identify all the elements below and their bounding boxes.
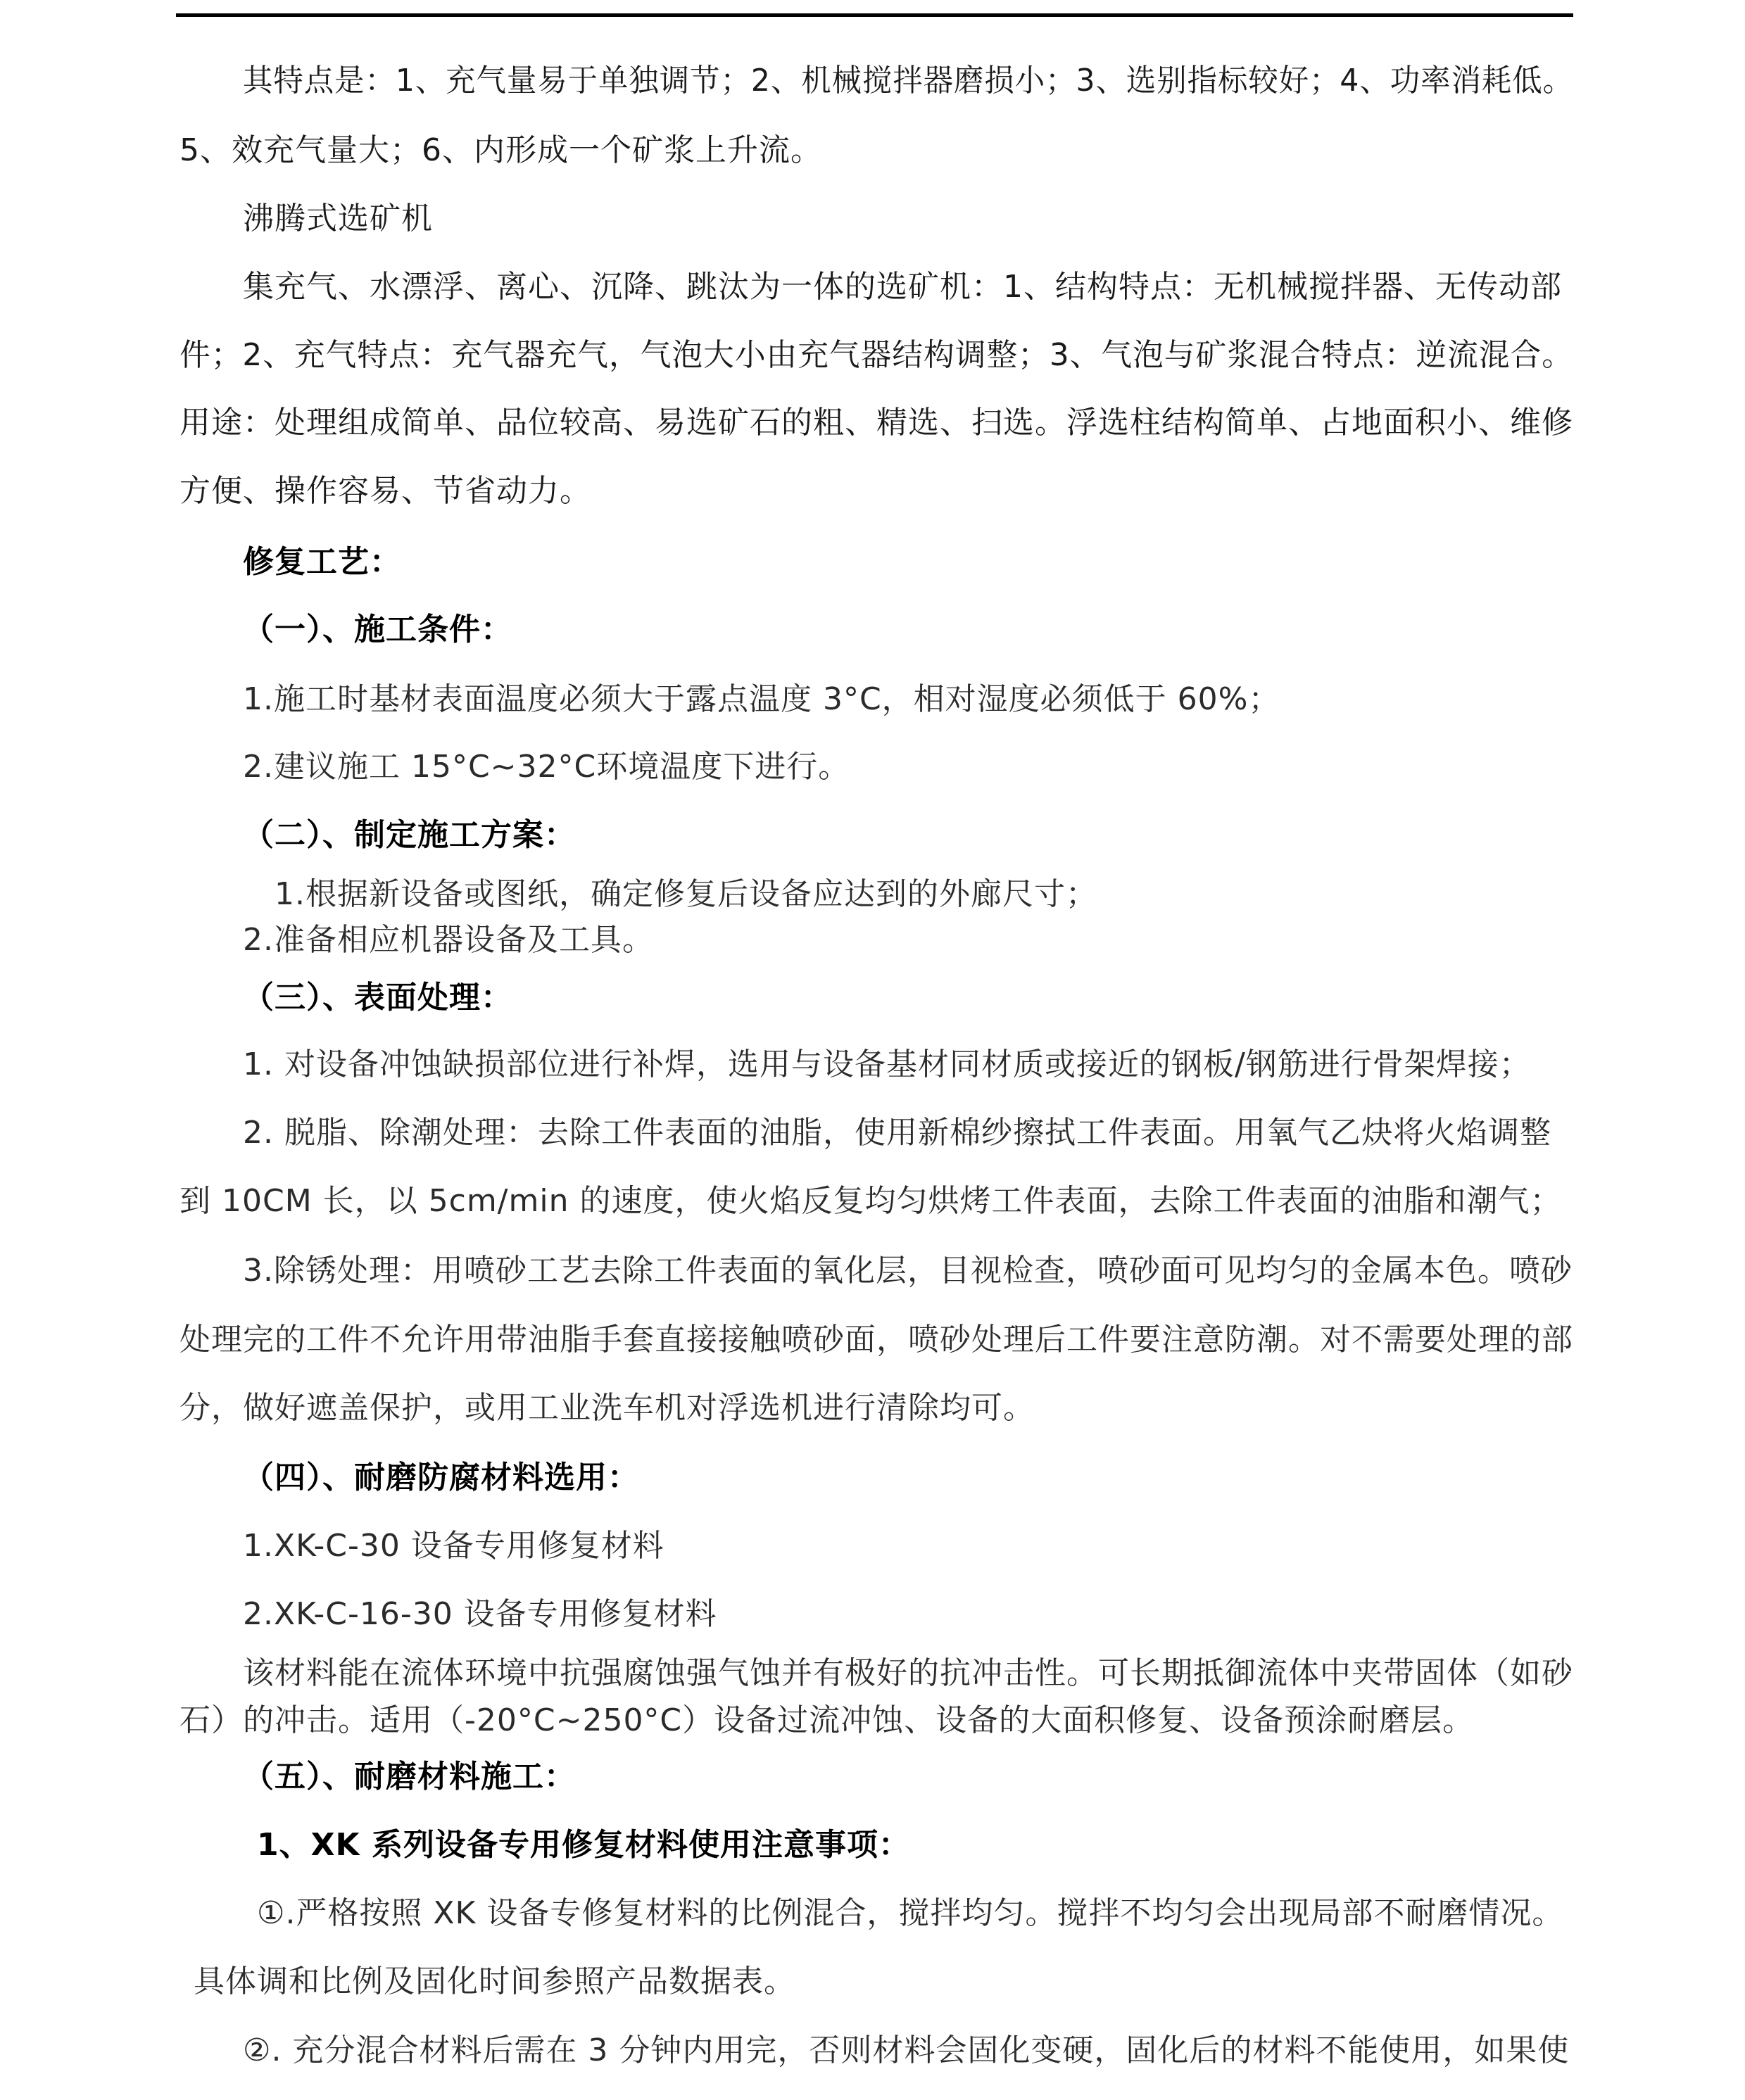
header-rule (176, 13, 1573, 17)
paragraph-machine-desc-2: 件；2、充气特点：充气器充气，气泡大小由充气器结构调整；3、气泡与矿浆混合特点：… (179, 336, 1573, 375)
subheading-precautions: 1、XK 系列设备专用修复材料使用注意事项： (257, 1826, 910, 1865)
paragraph-usage-cont: 方便、操作容易、节省动力。 (179, 472, 591, 511)
list-item-3-1: 1. 对设备冲蚀缺损部位进行补焊，选用与设备基材同材质或接近的钢板/钢筋进行骨架… (243, 1045, 1531, 1084)
heading-section-4: （四）、耐磨防腐材料选用： (243, 1458, 639, 1498)
heading-section-1: （一）、施工条件： (243, 610, 512, 650)
precaution-item-1: ①.严格按照 XK 设备专修复材料的比例混合，搅拌均匀。搅拌不均匀会出现局部不耐… (257, 1894, 1563, 1933)
list-item-1-1: 1.施工时基材表面温度必须大于露点温度 3°C，相对湿度必须低于 60%； (243, 680, 1280, 719)
paragraph-features-cont: 5、效充气量大；6、内形成一个矿浆上升流。 (179, 131, 822, 170)
subheading-boiling-flotation: 沸腾式选矿机 (243, 199, 433, 239)
list-item-4-1: 1.XK-C-30 设备专用修复材料 (243, 1526, 664, 1566)
paragraph-material-desc: 该材料能在流体环境中抗强腐蚀强气蚀并有极好的抗冲击性。可长期抵御流体中夹带固体（… (243, 1654, 1573, 1693)
list-item-4-2: 2.XK-C-16-30 设备专用修复材料 (243, 1595, 717, 1634)
list-item-2-2: 2.准备相应机器设备及工具。 (243, 921, 654, 960)
heading-section-2: （二）、制定施工方案： (243, 816, 576, 855)
list-item-1-2: 2.建议施工 15°C~32°C环境温度下进行。 (243, 747, 850, 787)
list-item-2-1: 1.根据新设备或图纸，确定修复后设备应达到的外廊尺寸； (275, 875, 1097, 914)
list-item-3-3: 3.除锈处理：用喷砂工艺去除工件表面的氧化层，目视检查，喷砂面可见均匀的金属本色… (243, 1251, 1573, 1291)
paragraph-usage: 用途：处理组成简单、品位较高、易选矿石的粗、精选、扫选。浮选柱结构简单、占地面积… (179, 403, 1573, 443)
heading-section-5: （五）、耐磨材料施工： (243, 1757, 576, 1797)
list-item-3-3-cont-2: 分，做好遮盖保护，或用工业洗车机对浮选机进行清除均可。 (179, 1389, 1035, 1428)
paragraph-material-desc-cont: 石）的冲击。适用（-20°C~250°C）设备过流冲蚀、设备的大面积修复、设备预… (179, 1701, 1474, 1740)
heading-repair-process: 修复工艺： (243, 543, 401, 582)
list-item-3-2-cont: 到 10CM 长，以 5cm/min 的速度，使火焰反复均匀烘烤工件表面，去除工… (179, 1182, 1561, 1221)
list-item-3-3-cont: 处理完的工件不允许用带油脂手套直接接触喷砂面，喷砂处理后工件要注意防潮。对不需要… (179, 1320, 1573, 1360)
paragraph-machine-desc: 集充气、水漂浮、离心、沉降、跳汰为一体的选矿机：1、结构特点：无机械搅拌器、无传… (243, 267, 1562, 307)
paragraph-features: 其特点是：1、充气量易于单独调节；2、机械搅拌器磨损小；3、选别指标较好；4、功… (243, 61, 1573, 101)
list-item-3-2: 2. 脱脂、除潮处理：去除工件表面的油脂，使用新棉纱擦拭工件表面。用氧气乙炔将火… (243, 1113, 1551, 1153)
precaution-item-2: ②. 充分混合材料后需在 3 分钟内用完，否则材料会固化变硬，固化后的材料不能使… (243, 2031, 1569, 2070)
precaution-item-1-cont: 具体调和比例及固化时间参照产品数据表。 (194, 1962, 795, 2001)
heading-section-3: （三）、表面处理： (243, 978, 512, 1018)
